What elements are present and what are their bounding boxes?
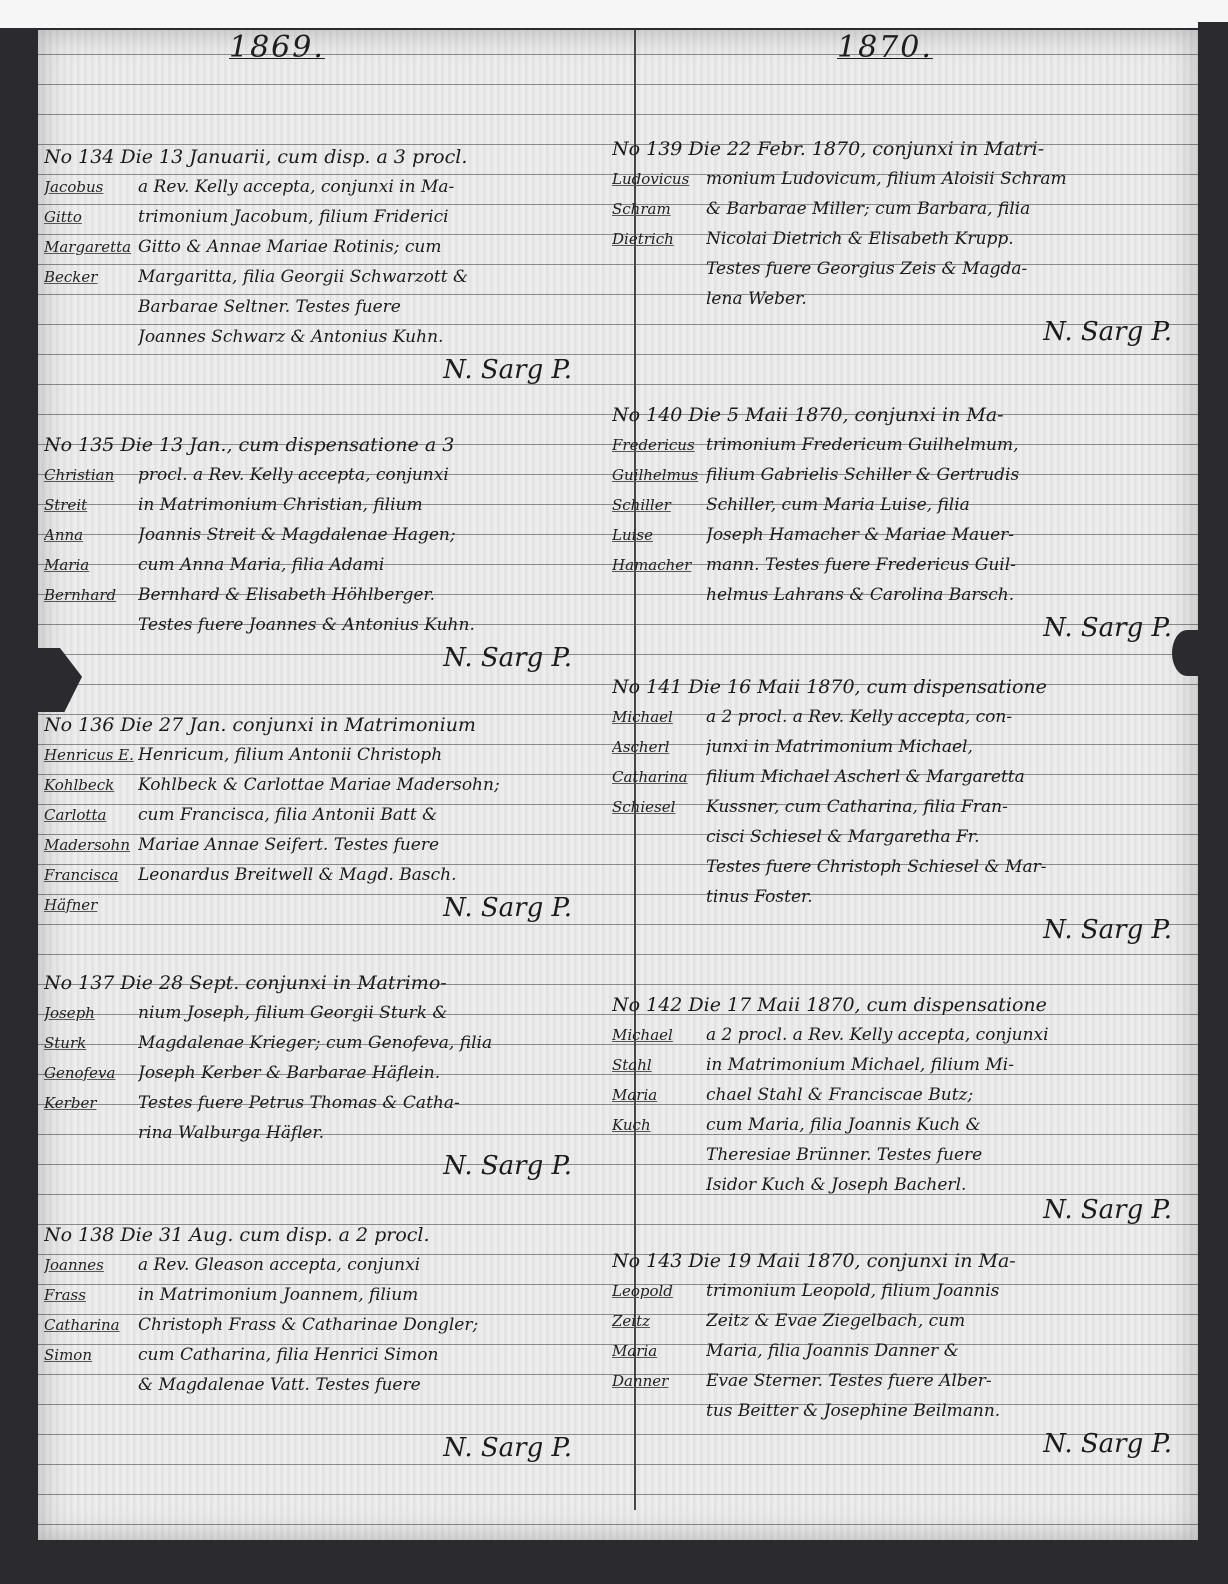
entry-line: trimonium Fredericum Guilhelmum, xyxy=(706,430,1192,460)
margin-name: Kerber xyxy=(44,1088,138,1118)
priest-signature: N. Sarg P. xyxy=(44,640,592,676)
entry-line: Barbarae Seltner. Testes fuere xyxy=(138,292,592,322)
entry-line: in Matrimonium Michael, filium Mi- xyxy=(706,1050,1192,1080)
entry-line: helmus Lahrans & Carolina Barsch. xyxy=(706,580,1192,610)
entry-line: cum Anna Maria, filia Adami xyxy=(138,550,592,580)
entry-line: Henricum, filium Antonii Christoph xyxy=(138,740,592,770)
entry-line: & Barbarae Miller; cum Barbara, filia xyxy=(706,194,1192,224)
entry-line: Joseph Hamacher & Mariae Mauer- xyxy=(706,520,1192,550)
scan-border-left xyxy=(0,28,38,1584)
register-entry-141: No 141 Die 16 Maii 1870, cum dispensatio… xyxy=(612,672,1192,948)
priest-signature: N. Sarg P. xyxy=(612,314,1192,350)
priest-signature: N. Sarg P. xyxy=(612,912,1192,948)
margin-name: Schiesel xyxy=(612,792,706,822)
entry-line: Kohlbeck & Carlottae Mariae Madersohn; xyxy=(138,770,592,800)
entry-line: & Magdalenae Vatt. Testes fuere xyxy=(138,1370,592,1400)
entry-line: Christoph Frass & Catharinae Dongler; xyxy=(138,1310,592,1340)
margin-name: Francisca xyxy=(44,860,138,890)
entry-line: Joannis Streit & Magdalenae Hagen; xyxy=(138,520,592,550)
entry-line: trimonium Jacobum, filium Friderici xyxy=(138,202,592,232)
entry-line: Magdalenae Krieger; cum Genofeva, filia xyxy=(138,1028,592,1058)
entry-line: Maria, filia Joannis Danner & xyxy=(706,1336,1192,1366)
margin-name: Bernhard xyxy=(44,580,138,610)
entry-line: Leonardus Breitwell & Magd. Basch. xyxy=(138,860,592,890)
margin-name: Schram xyxy=(612,194,706,224)
entry-line: in Matrimonium Joannem, filium xyxy=(138,1280,592,1310)
entry-line: Testes fuere Petrus Thomas & Catha- xyxy=(138,1088,592,1118)
entry-line: Mariae Annae Seifert. Testes fuere xyxy=(138,830,592,860)
margin-name: Simon xyxy=(44,1340,138,1370)
entry-line: monium Ludovicum, filium Aloisii Schram xyxy=(706,164,1192,194)
entry-heading: No 138 Die 31 Aug. cum disp. a 2 procl. xyxy=(44,1220,592,1250)
entry-line: Gitto & Annae Mariae Rotinis; cum xyxy=(138,232,592,262)
margin-name: Häfner xyxy=(44,890,138,920)
margin-name: Catharina xyxy=(44,1310,138,1340)
margin-name: Catharina xyxy=(612,762,706,792)
entry-heading: No 137 Die 28 Sept. conjunxi in Matrimo- xyxy=(44,968,592,998)
margin-name: Henricus E. xyxy=(44,740,138,770)
margin-name: Sturk xyxy=(44,1028,138,1058)
margin-name: Leopold xyxy=(612,1276,706,1306)
margin-name: Gitto xyxy=(44,202,138,232)
entry-line: a 2 procl. a Rev. Kelly accepta, con- xyxy=(706,702,1192,732)
entry-line: a Rev. Gleason accepta, conjunxi xyxy=(138,1250,592,1280)
entry-line: cum Catharina, filia Henrici Simon xyxy=(138,1340,592,1370)
margin-name: Zeitz xyxy=(612,1306,706,1336)
register-entry-134: No 134 Die 13 Januarii, cum disp. a 3 pr… xyxy=(44,142,592,388)
left-page-year: 1869. xyxy=(229,30,325,65)
margin-name: Guilhelmus xyxy=(612,460,706,490)
priest-signature: N. Sarg P. xyxy=(44,1148,592,1184)
scan-border-bottom xyxy=(0,1540,1228,1584)
entry-line: a Rev. Kelly accepta, conjunxi in Ma- xyxy=(138,172,592,202)
margin-name: Joseph xyxy=(44,998,138,1028)
right-page: 1870. No 139 Die 22 Febr. 1870, conjunxi… xyxy=(612,30,1192,1510)
margin-name: Becker xyxy=(44,262,138,292)
entry-line: nium Joseph, filium Georgii Sturk & xyxy=(138,998,592,1028)
entry-line: Joannes Schwarz & Antonius Kuhn. xyxy=(138,322,592,352)
entry-line: Testes fuere Christoph Schiesel & Mar- xyxy=(706,852,1192,882)
entry-line: Nicolai Dietrich & Elisabeth Krupp. xyxy=(706,224,1192,254)
register-entry-142: No 142 Die 17 Maii 1870, cum dispensatio… xyxy=(612,990,1192,1228)
margin-name: Maria xyxy=(44,550,138,580)
entry-line: Joseph Kerber & Barbarae Häflein. xyxy=(138,1058,592,1088)
margin-name: Maria xyxy=(612,1080,706,1110)
margin-name: Michael xyxy=(612,702,706,732)
entry-line: a 2 procl. a Rev. Kelly accepta, conjunx… xyxy=(706,1020,1192,1050)
right-page-year: 1870. xyxy=(837,30,933,65)
margin-name: Ascherl xyxy=(612,732,706,762)
priest-signature: N. Sarg P. xyxy=(612,1426,1192,1462)
entry-heading: No 141 Die 16 Maii 1870, cum dispensatio… xyxy=(612,672,1192,702)
margin-name: Christian xyxy=(44,460,138,490)
entry-line: Schiller, cum Maria Luise, filia xyxy=(706,490,1192,520)
margin-name: Madersohn xyxy=(44,830,138,860)
register-entry-137: No 137 Die 28 Sept. conjunxi in Matrimo-… xyxy=(44,968,592,1184)
entry-heading: No 140 Die 5 Maii 1870, conjunxi in Ma- xyxy=(612,400,1192,430)
margin-name: Jacobus xyxy=(44,172,138,202)
entry-line: mann. Testes fuere Fredericus Guil- xyxy=(706,550,1192,580)
entry-heading: No 134 Die 13 Januarii, cum disp. a 3 pr… xyxy=(44,142,592,172)
margin-name: Anna xyxy=(44,520,138,550)
entry-heading: No 139 Die 22 Febr. 1870, conjunxi in Ma… xyxy=(612,134,1192,164)
entry-heading: No 143 Die 19 Maii 1870, conjunxi in Ma- xyxy=(612,1246,1192,1276)
margin-name: Genofeva xyxy=(44,1058,138,1088)
margin-name: Schiller xyxy=(612,490,706,520)
register-entry-138: No 138 Die 31 Aug. cum disp. a 2 procl. … xyxy=(44,1220,592,1466)
entry-line: chael Stahl & Franciscae Butz; xyxy=(706,1080,1192,1110)
entry-line: tinus Foster. xyxy=(706,882,1192,912)
entry-line: Bernhard & Elisabeth Höhlberger. xyxy=(138,580,592,610)
register-entry-139: No 139 Die 22 Febr. 1870, conjunxi in Ma… xyxy=(612,134,1192,350)
entry-line: Testes fuere Georgius Zeis & Magda- xyxy=(706,254,1192,284)
left-page: 1869. No 134 Die 13 Januarii, cum disp. … xyxy=(44,30,592,1510)
margin-name: Luise xyxy=(612,520,706,550)
register-entry-143: No 143 Die 19 Maii 1870, conjunxi in Ma-… xyxy=(612,1246,1192,1462)
entry-line: cisci Schiesel & Margaretha Fr. xyxy=(706,822,1192,852)
margin-name: Carlotta xyxy=(44,800,138,830)
margin-name: Michael xyxy=(612,1020,706,1050)
entry-line: cum Francisca, filia Antonii Batt & xyxy=(138,800,592,830)
entry-line: Evae Sterner. Testes fuere Alber- xyxy=(706,1366,1192,1396)
priest-signature: N. Sarg P. xyxy=(44,1430,592,1466)
margin-name: Kohlbeck xyxy=(44,770,138,800)
entry-line: cum Maria, filia Joannis Kuch & xyxy=(706,1110,1192,1140)
entry-line: trimonium Leopold, filium Joannis xyxy=(706,1276,1192,1306)
margin-name: Frass xyxy=(44,1280,138,1310)
margin-name: Fredericus xyxy=(612,430,706,460)
margin-name: Margaretta xyxy=(44,232,138,262)
margin-name: Dietrich xyxy=(612,224,706,254)
entry-line: Margaritta, filia Georgii Schwarzott & xyxy=(138,262,592,292)
margin-name: Kuch xyxy=(612,1110,706,1140)
margin-name: Streit xyxy=(44,490,138,520)
margin-name: Danner xyxy=(612,1366,706,1396)
scan-border-right xyxy=(1198,22,1228,1584)
margin-name: Stahl xyxy=(612,1050,706,1080)
entry-line: tus Beitter & Josephine Beilmann. xyxy=(706,1396,1192,1426)
entry-line: in Matrimonium Christian, filium xyxy=(138,490,592,520)
entry-line: filium Gabrielis Schiller & Gertrudis xyxy=(706,460,1192,490)
entry-line: junxi in Matrimonium Michael, xyxy=(706,732,1192,762)
entry-line: Testes fuere Joannes & Antonius Kuhn. xyxy=(138,610,592,640)
entry-heading: No 135 Die 13 Jan., cum dispensatione a … xyxy=(44,430,592,460)
entry-heading: No 136 Die 27 Jan. conjunxi in Matrimoni… xyxy=(44,710,592,740)
priest-signature: N. Sarg P. xyxy=(612,610,1192,646)
margin-name: Maria xyxy=(612,1336,706,1366)
register-entry-140: No 140 Die 5 Maii 1870, conjunxi in Ma- … xyxy=(612,400,1192,646)
margin-name: Joannes xyxy=(44,1250,138,1280)
entry-line: Kussner, cum Catharina, filia Fran- xyxy=(706,792,1192,822)
entry-line: filium Michael Ascherl & Margaretta xyxy=(706,762,1192,792)
register-entry-136: No 136 Die 27 Jan. conjunxi in Matrimoni… xyxy=(44,710,592,926)
margin-name: Hamacher xyxy=(612,550,706,580)
priest-signature: N. Sarg P. xyxy=(44,352,592,388)
register-entry-135: No 135 Die 13 Jan., cum dispensatione a … xyxy=(44,430,592,676)
entry-line: procl. a Rev. Kelly accepta, conjunxi xyxy=(138,460,592,490)
entry-line: lena Weber. xyxy=(706,284,1192,314)
margin-name: Ludovicus xyxy=(612,164,706,194)
entry-heading: No 142 Die 17 Maii 1870, cum dispensatio… xyxy=(612,990,1192,1020)
entry-line: Theresiae Brünner. Testes fuere xyxy=(706,1140,1192,1170)
entry-line: Zeitz & Evae Ziegelbach, cum xyxy=(706,1306,1192,1336)
entry-line: rina Walburga Häfler. xyxy=(138,1118,592,1148)
